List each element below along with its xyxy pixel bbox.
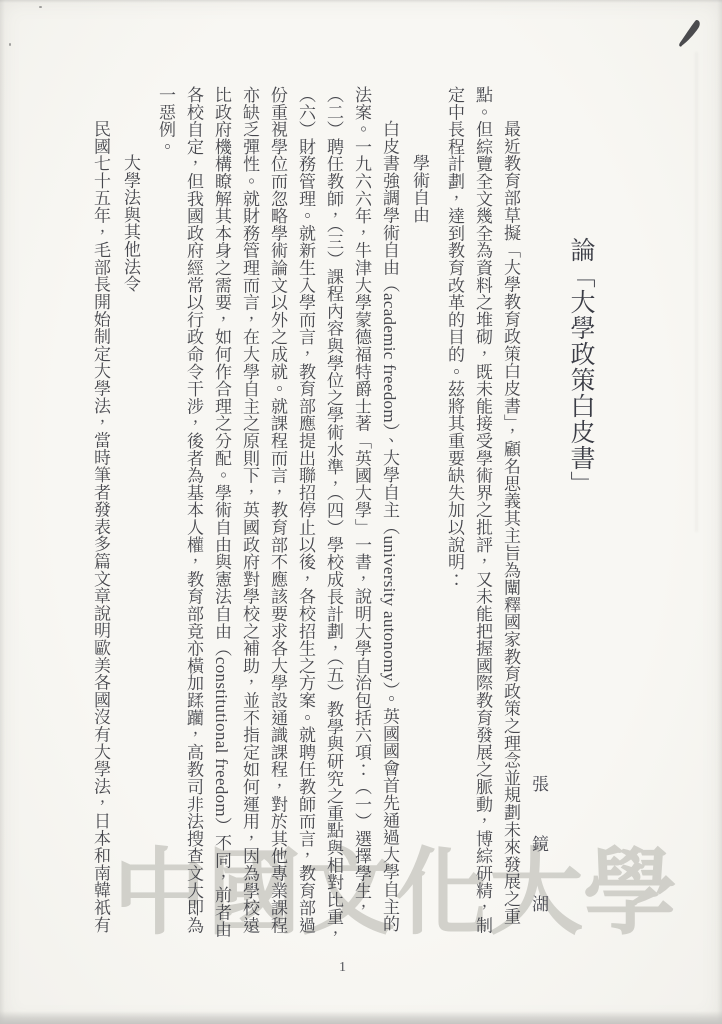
section-heading: 學術自由 <box>405 86 433 946</box>
page-number: 1 <box>339 960 346 976</box>
document-title: 論「大學政策白皮書」 <box>562 237 598 497</box>
section-heading: 大學法與其他法令 <box>116 86 144 946</box>
scan-dust-speck <box>39 6 42 8</box>
watermark-char: 學 <box>583 845 677 944</box>
scan-edge-bottom <box>0 1011 722 1024</box>
scan-edge-right <box>717 0 722 1024</box>
scan-edge-top <box>0 0 722 3</box>
body-paragraph: 民國七十五年，毛部長開始制定大學法，當時筆者發表多篇文章說明歐美各國沒有大學法，… <box>86 86 114 946</box>
author-name: 張 鏡 湖 <box>526 775 551 925</box>
scan-fold-line <box>695 52 698 532</box>
scan-edge-left <box>0 0 5 1024</box>
scan-dust-speck <box>9 43 11 46</box>
body-paragraph: 最近教育部草擬「大學教育政策白皮書」，顧名思義其主旨為闡釋國家教育政策之理念並規… <box>440 86 524 946</box>
scanned-document-page: 中國文化大學 論「大學政策白皮書」 張 鏡 湖 最近教育部草擬「大學教育政策白皮… <box>0 0 722 1024</box>
body-paragraph: 白皮書強調學術自由（academic freedom）、大學自主（univers… <box>151 86 403 946</box>
document-body: 最近教育部草擬「大學教育政策白皮書」，顧名思義其主旨為闡釋國家教育政策之理念並規… <box>62 86 524 946</box>
pen-mark <box>676 16 706 48</box>
